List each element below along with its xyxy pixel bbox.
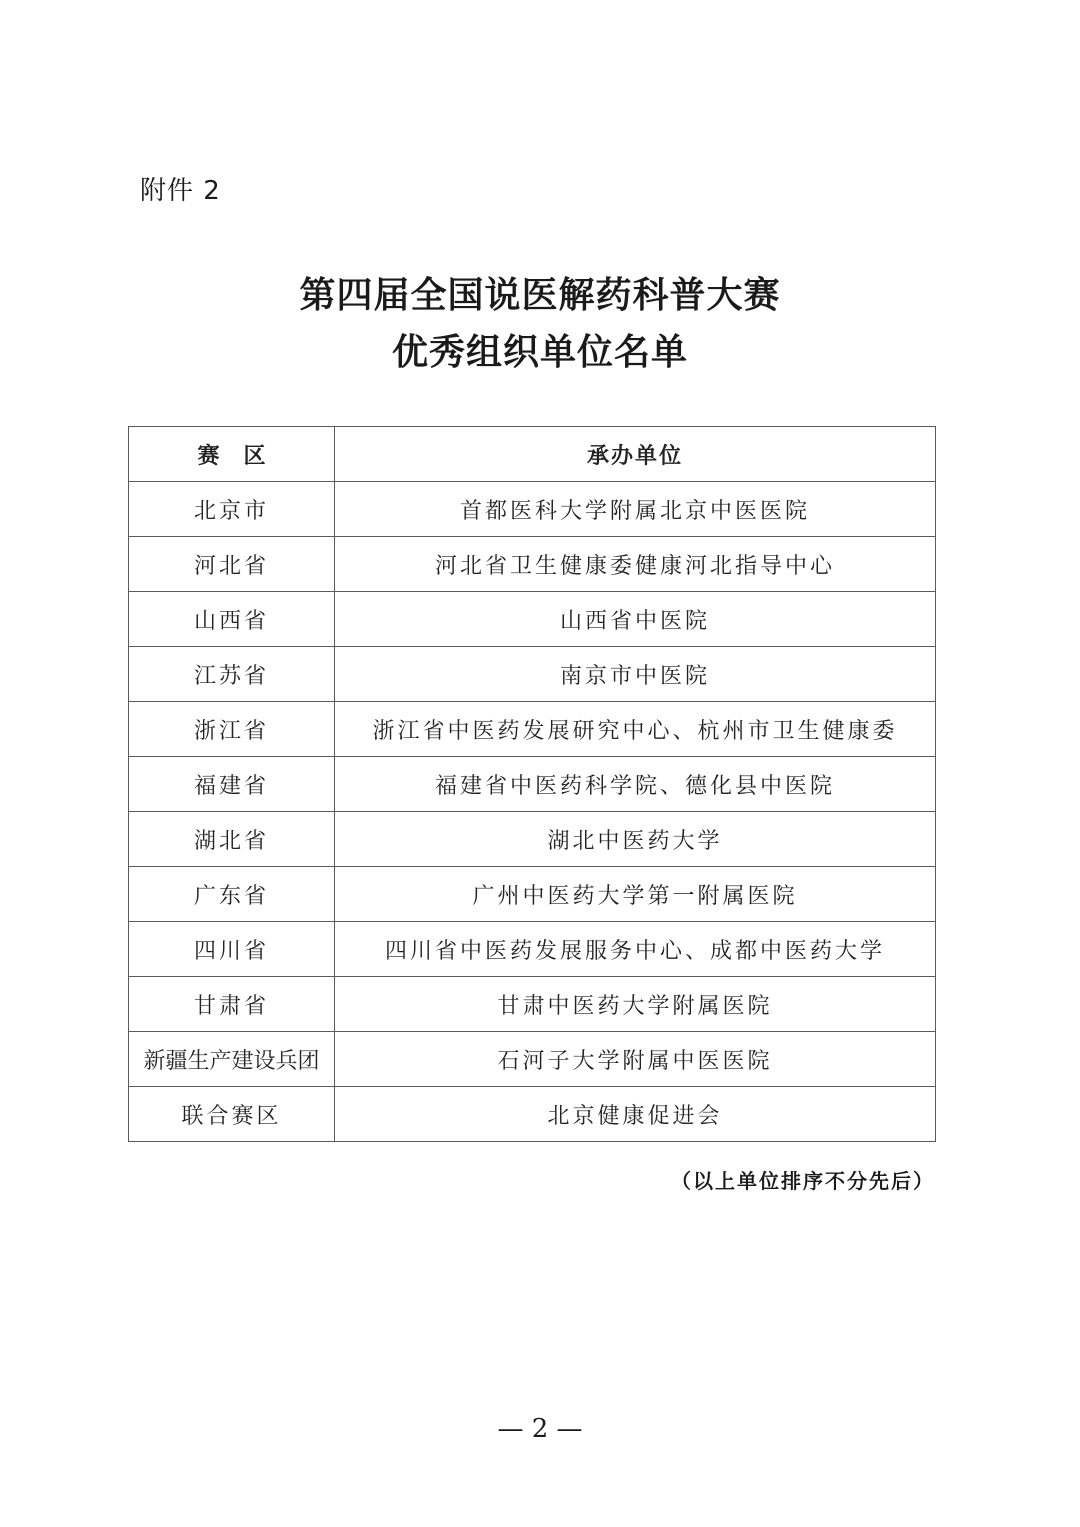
organizer-cell: 甘肃中医药大学附属医院 xyxy=(335,977,936,1032)
table-row: 四川省 四川省中医药发展服务中心、成都中医药大学 xyxy=(129,922,936,977)
table-row: 联合赛区 北京健康促进会 xyxy=(129,1087,936,1142)
region-cell: 江苏省 xyxy=(129,647,335,702)
column-header-organizer: 承办单位 xyxy=(335,427,936,482)
table-row: 湖北省 湖北中医药大学 xyxy=(129,812,936,867)
ordering-note: （以上单位排序不分先后） xyxy=(671,1165,935,1194)
column-header-region: 赛区 xyxy=(129,427,335,482)
organizer-table: 赛区 承办单位 北京市 首都医科大学附属北京中医医院 河北省 河北省卫生健康委健… xyxy=(128,426,936,1142)
table-header-row: 赛区 承办单位 xyxy=(129,427,936,482)
region-cell: 联合赛区 xyxy=(129,1087,335,1142)
table-row: 甘肃省 甘肃中医药大学附属医院 xyxy=(129,977,936,1032)
organizer-cell: 山西省中医院 xyxy=(335,592,936,647)
table-row: 新疆生产建设兵团 石河子大学附属中医医院 xyxy=(129,1032,936,1087)
attachment-label: 附件 2 xyxy=(140,170,221,207)
region-cell: 湖北省 xyxy=(129,812,335,867)
organizer-cell: 首都医科大学附属北京中医医院 xyxy=(335,482,936,537)
document-title-line-2: 优秀组织单位名单 xyxy=(0,327,1080,377)
organizer-cell: 北京健康促进会 xyxy=(335,1087,936,1142)
region-cell: 山西省 xyxy=(129,592,335,647)
region-cell: 北京市 xyxy=(129,482,335,537)
organizer-cell: 福建省中医药科学院、德化县中医院 xyxy=(335,757,936,812)
table-row: 江苏省 南京市中医院 xyxy=(129,647,936,702)
organizer-cell: 南京市中医院 xyxy=(335,647,936,702)
table-row: 福建省 福建省中医药科学院、德化县中医院 xyxy=(129,757,936,812)
page-number: — 2 — xyxy=(0,1414,1080,1444)
organizer-table-container: 赛区 承办单位 北京市 首都医科大学附属北京中医医院 河北省 河北省卫生健康委健… xyxy=(128,426,935,1142)
table-row: 山西省 山西省中医院 xyxy=(129,592,936,647)
organizer-cell: 湖北中医药大学 xyxy=(335,812,936,867)
organizer-cell: 浙江省中医药发展研究中心、杭州市卫生健康委 xyxy=(335,702,936,757)
region-cell: 河北省 xyxy=(129,537,335,592)
table-row: 河北省 河北省卫生健康委健康河北指导中心 xyxy=(129,537,936,592)
table-row: 广东省 广州中医药大学第一附属医院 xyxy=(129,867,936,922)
organizer-cell: 石河子大学附属中医医院 xyxy=(335,1032,936,1087)
table-row: 浙江省 浙江省中医药发展研究中心、杭州市卫生健康委 xyxy=(129,702,936,757)
organizer-cell: 河北省卫生健康委健康河北指导中心 xyxy=(335,537,936,592)
organizer-cell: 广州中医药大学第一附属医院 xyxy=(335,867,936,922)
organizer-cell: 四川省中医药发展服务中心、成都中医药大学 xyxy=(335,922,936,977)
region-cell: 福建省 xyxy=(129,757,335,812)
region-cell: 浙江省 xyxy=(129,702,335,757)
region-cell: 新疆生产建设兵团 xyxy=(129,1032,335,1087)
table-row: 北京市 首都医科大学附属北京中医医院 xyxy=(129,482,936,537)
region-cell: 甘肃省 xyxy=(129,977,335,1032)
region-cell: 四川省 xyxy=(129,922,335,977)
document-title-line-1: 第四届全国说医解药科普大赛 xyxy=(0,270,1080,320)
region-cell: 广东省 xyxy=(129,867,335,922)
